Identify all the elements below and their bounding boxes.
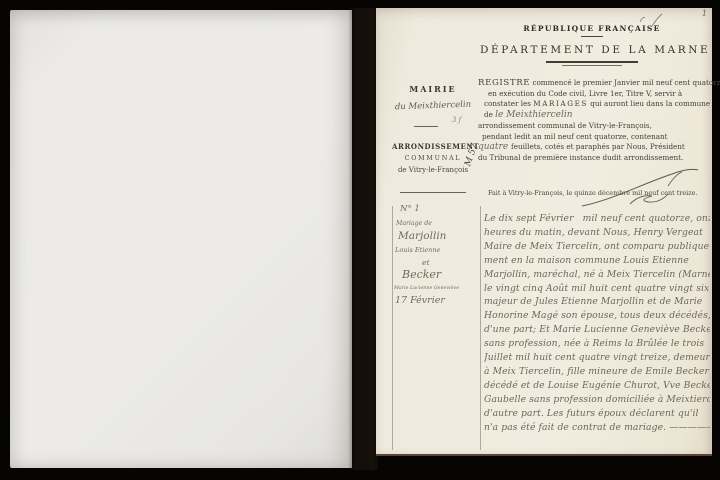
act-margin-date: 17 Février — [395, 295, 445, 306]
blank-left-page — [10, 10, 352, 468]
register-line-2: en exécution du Code civil, Livre 1er, T… — [478, 89, 708, 100]
republic-title: RÉPUBLIQUE FRANÇAISE — [480, 24, 704, 33]
act-line: décédé et de Louise Eugénie Churot, Vve … — [484, 379, 710, 393]
act-margin-bride-given: Marie Lucienne Geneviève — [394, 286, 459, 291]
act-line: heures du matin, devant Nous, Henry Verg… — [484, 226, 710, 240]
act-line: n'a pas été fait de contrat de mariage. … — [484, 421, 710, 435]
margin-rule-bottom — [400, 192, 466, 193]
arrondissement-label: ARRONDISSEMENT — [392, 142, 474, 151]
register-line-7: quatre feuillets, cotés et paraphés par … — [478, 142, 708, 153]
margin-left-rule — [392, 206, 393, 450]
act-line: sans profession, née à Reims la Brûlée l… — [484, 337, 710, 351]
mariages-word: MARIAGES — [533, 99, 588, 108]
registre-word: REGISTRE — [478, 78, 530, 88]
department-title: DÉPARTEMENT DE LA MARNE — [480, 44, 704, 56]
act-margin-groom-given: Louis Etienne — [395, 246, 440, 254]
margin-column: MAIRIE du Meixthiercelin ARRONDISSEMENT … — [392, 80, 474, 205]
communal-label: COMMUNAL — [392, 155, 474, 162]
register-line-1: REGISTRE commencé le premier Janvier mil… — [478, 78, 708, 89]
header-small-rule — [581, 36, 603, 37]
act-margin-title: Mariage de — [396, 220, 432, 227]
scanned-register-spread: 1 RÉPUBLIQUE FRANÇAISE DÉPARTEMENT DE LA… — [0, 0, 720, 480]
act-line: Gaubelle sans profession domiciliée à Me… — [484, 393, 710, 407]
mairie-label: MAIRIE — [392, 84, 474, 94]
act-line: d'autre part. Les futurs époux déclarent… — [484, 407, 710, 421]
register-right-page: 1 RÉPUBLIQUE FRANÇAISE DÉPARTEMENT DE LA… — [376, 8, 712, 456]
commune-handwritten: du Meixthiercelin — [392, 100, 474, 113]
signature-flourish — [572, 166, 702, 212]
act-margin-groom-name: Marjollin — [398, 230, 446, 242]
act-line: le vingt cinq Août mil huit cent quatre … — [484, 282, 710, 296]
page-header: RÉPUBLIQUE FRANÇAISE DÉPARTEMENT DE LA M… — [480, 24, 704, 66]
act-line: Juillet mil huit cent quatre vingt treiz… — [484, 351, 710, 365]
folio-number: 1 — [702, 9, 707, 18]
act-line: d'une part; Et Marie Lucienne Geneviève … — [484, 323, 710, 337]
feuillets-count-fill-in: quatre — [478, 142, 511, 152]
margin-right-rule — [480, 206, 481, 450]
margin-rule-small — [414, 126, 438, 127]
register-line-3: constater les MARIAGES qui auront lieu d… — [478, 99, 708, 110]
register-line-4: de le Meixthiercelin — [478, 110, 708, 121]
pencil-fee-note: 3 ƒ — [452, 116, 461, 124]
act-line: ment en la maison commune Louis Etienne — [484, 254, 710, 268]
act-body-text: Le dix sept Février mil neuf cent quator… — [484, 212, 710, 435]
act-line: majeur de Jules Etienne Marjollin et de … — [484, 295, 710, 309]
act-line: Marjollin, maréchal, né à Meix Tiercelin… — [484, 268, 710, 282]
header-thick-rule — [546, 61, 638, 63]
act-line: Honorine Magé son épouse, tous deux décé… — [484, 309, 710, 323]
register-line-6: pendant ledit an mil neuf cent quatorze,… — [478, 132, 708, 143]
commune-fill-in: le Meixthiercelin — [495, 110, 572, 120]
act-line: Maire de Meix Tiercelin, ont comparu pub… — [484, 240, 710, 254]
act-line: Le dix sept Février mil neuf cent quator… — [484, 212, 710, 226]
act-margin-et: et — [422, 258, 429, 267]
register-line-8: du Tribunal de première instance dudit a… — [478, 153, 708, 164]
book-gutter-shadow — [348, 8, 378, 470]
act-margin-bride-name: Becker — [402, 268, 441, 281]
register-formula: REGISTRE commencé le premier Janvier mil… — [478, 78, 708, 164]
arrondissement-commune-label: de Vitry-le-François — [392, 166, 474, 174]
act-line: à Meix Tiercelin, fille mineure de Emile… — [484, 365, 710, 379]
act-number: N° 1 — [400, 204, 420, 214]
register-line-5: arrondissement communal de Vitry-le-Fran… — [478, 121, 708, 132]
header-thin-rule — [562, 65, 622, 66]
